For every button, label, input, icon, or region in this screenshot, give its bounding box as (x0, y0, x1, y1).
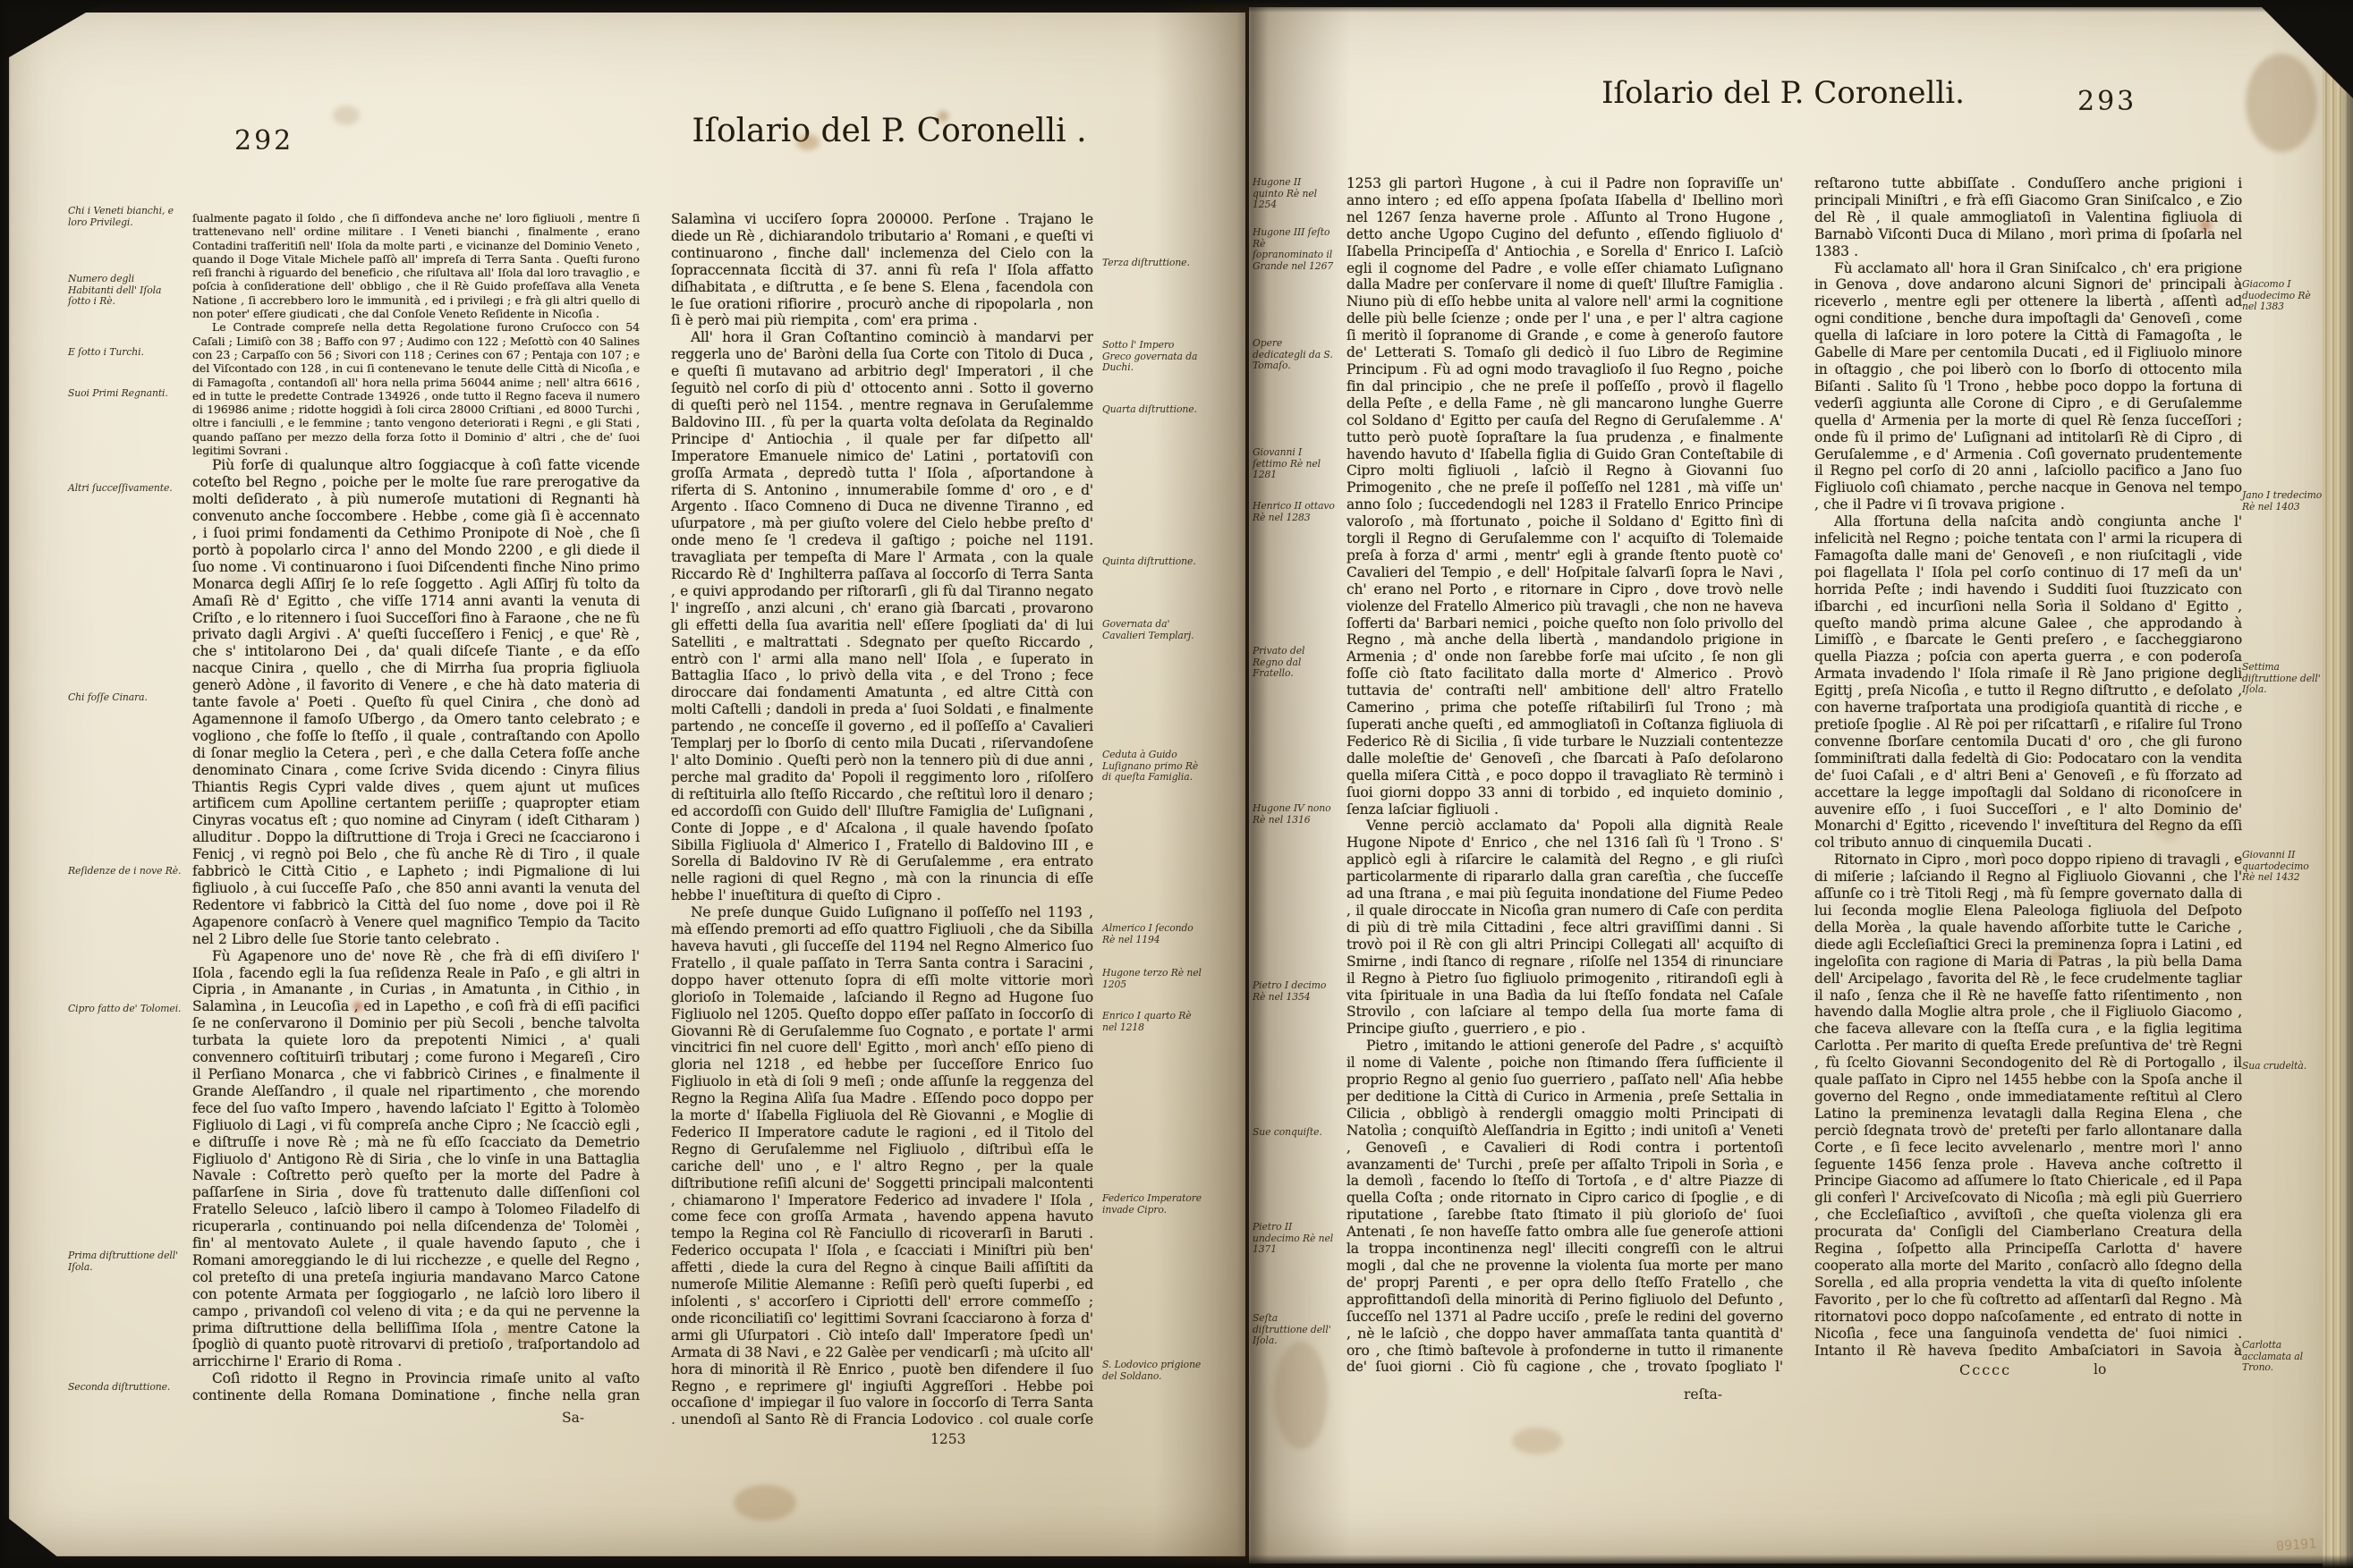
margin-note: Pietro I decimo Rè nel 1354 (1253, 980, 1335, 1003)
margin-note: Henrico II ottavo Rè nel 1283 (1253, 501, 1335, 523)
body-paragraph: Salamìna vi ucciſero ſopra 200000. Perſo… (671, 211, 1093, 329)
margin-notes-left-inner: Terza diſtruttione.Sotto l' Impero Greco… (1102, 0, 1202, 1568)
margin-note: Governata da' Cavalieri Templarj. (1102, 619, 1202, 641)
body-paragraph: Ne preſe dunque Guido Luſignano il poſſe… (671, 904, 1093, 1424)
margin-note: Quarta diſtruttione. (1102, 404, 1202, 416)
margin-notes-293-inner: Hugone II quinto Rè nel 1254Hugone III ſ… (1253, 0, 1335, 1568)
corner-inventory-mark: 09191 (2275, 1535, 2316, 1554)
body-paragraph: Ritornato in Cipro , morì poco doppo rip… (1814, 852, 2242, 1356)
margin-note: Hugone II quinto Rè nel 1254 (1253, 177, 1335, 211)
margin-note: Opere dedicategli da S. Tomaſo. (1253, 338, 1335, 372)
margin-note: Seſta diſtruttione dell' Iſola. (1253, 1313, 1335, 1347)
margin-note: Hugone IV nono Rè nel 1316 (1253, 803, 1335, 826)
page-stack-fore-edge (2323, 0, 2353, 1568)
margin-note: Numero degli Habitanti dell' Iſola ſotto… (68, 274, 183, 308)
body-paragraph: Coſì ridotto il Regno in Provincia rimaſ… (192, 1370, 640, 1403)
margin-notes-left-outer: Chi i Veneti bianchi, e loro Privilegi.N… (68, 0, 183, 1568)
margin-note: Almerico I ſecondo Rè nel 1194 (1102, 923, 1202, 945)
margin-note: Enrico I quarto Rè nel 1218 (1102, 1011, 1202, 1033)
margin-note: Sua crudeltà. (2242, 1061, 2323, 1072)
body-paragraph: 1253 gli partorì Hugone , à cui il Padre… (1346, 175, 1783, 818)
margin-note: S. Lodovico prigione del Soldano. (1102, 1360, 1202, 1382)
body-paragraph: ſualmente pagato il ſoldo , che ſi diffo… (192, 211, 640, 320)
body-paragraph: Le Contrade compreſe nella detta Regolat… (192, 320, 640, 457)
margin-note: Jano I tredecimo Rè nel 1403 (2242, 490, 2323, 513)
body-paragraph: All' hora il Gran Coſtantino cominciò à … (671, 329, 1093, 904)
signature-mark: Ccccc (1959, 1361, 2011, 1378)
photo-edge-bottom (0, 1555, 2353, 1568)
body-paragraph: Pietro , imitando le attioni generoſe de… (1346, 1038, 1783, 1374)
margin-note: E ſotto i Turchi. (68, 347, 183, 359)
margin-note: Carlotta acclamata al Trono. (2242, 1340, 2323, 1374)
margin-note: Seconda diſtruttione. (68, 1382, 183, 1394)
text-column-292-2: Salamìna vi ucciſero ſopra 200000. Perſo… (671, 211, 1093, 1424)
margin-note: Giacomo I duodecimo Rè nel 1383 (2242, 279, 2323, 313)
margin-notes-293-outer: Giacomo I duodecimo Rè nel 1383Jano I tr… (2242, 0, 2323, 1568)
margin-note: Prima diſtruttione dell' Iſola. (68, 1250, 183, 1273)
book-scan-photo: 292 Iſolario del P. Coronelli . Iſolario… (0, 0, 2353, 1568)
margin-note: Quinta diſtruttione. (1102, 556, 1202, 568)
catchword-293-col1: reſta- (1684, 1386, 1722, 1403)
margin-note: Privato del Regno dal Fratello. (1253, 646, 1335, 680)
catchword-292-col1: Sa- (562, 1410, 584, 1426)
body-paragraph: Venne perciò acclamato da' Popoli alla d… (1346, 818, 1783, 1038)
margin-note: Ceduta à Guido Luſignano primo Rè di que… (1102, 750, 1202, 784)
margin-note: Pietro II undecimo Rè nel 1371 (1253, 1222, 1335, 1256)
margin-note: Giovanni II quartodecimo Rè nel 1432 (2242, 850, 2323, 884)
catchword-293-col2: lo (2094, 1361, 2106, 1377)
margin-note: Altri ſucceſſivamente. (68, 483, 183, 495)
body-paragraph: Fù Agapenore uno de' nove Rè , che frà d… (192, 948, 640, 1371)
text-column-292-1: ſualmente pagato il ſoldo , che ſi diffo… (192, 211, 640, 1403)
text-column-293-2: reſtarono tutte abbiſſate . Conduſſero a… (1814, 175, 2242, 1356)
margin-note: Terza diſtruttione. (1102, 258, 1202, 269)
photo-edge-left (0, 0, 11, 1568)
margin-note: Hugone III ſeſto Rè ſopranominato il Gra… (1253, 227, 1335, 272)
margin-note: Sotto l' Impero Greco governata da Duchi… (1102, 340, 1202, 374)
body-paragraph: reſtarono tutte abbiſſate . Conduſſero a… (1814, 175, 2242, 260)
photo-edge-top (0, 0, 2353, 13)
margin-note: Suoi Primi Regnanti. (68, 388, 183, 400)
margin-note: Hugone terzo Rè nel 1205 (1102, 968, 1202, 990)
catchword-292-col2: 1253 (930, 1431, 965, 1447)
text-column-293-1: 1253 gli partorì Hugone , à cui il Padre… (1346, 175, 1783, 1374)
margin-note: Reſidenze de i nove Rè. (68, 866, 183, 877)
margin-note: Giovanni I ſettimo Rè nel 1281 (1253, 447, 1335, 481)
page-number-left: 292 (234, 125, 293, 157)
margin-note: Settima diſtruttione dell' Iſola. (2242, 662, 2323, 696)
body-paragraph: Più forſe di qualunque altro ſoggiacque … (192, 457, 640, 947)
margin-note: Chi foſſe Cinara. (68, 692, 183, 704)
body-paragraph: Alla ſfortuna della naſcita andò congiun… (1814, 513, 2242, 852)
running-title-right: Iſolario del P. Coronelli. (1564, 75, 2002, 111)
running-title-left: Iſolario del P. Coronelli . (666, 113, 1113, 149)
page-number-right: 293 (2077, 86, 2136, 117)
margin-note: Cipro fatto de' Tolomei. (68, 1004, 183, 1015)
margin-note: Chi i Veneti bianchi, e loro Privilegi. (68, 206, 183, 228)
body-paragraph: Fù acclamato all' hora il Gran Siniſcalc… (1814, 260, 2242, 514)
margin-note: Federico Imperatore invade Cipro. (1102, 1193, 1202, 1216)
margin-note: Sue conquiſte. (1253, 1127, 1335, 1139)
